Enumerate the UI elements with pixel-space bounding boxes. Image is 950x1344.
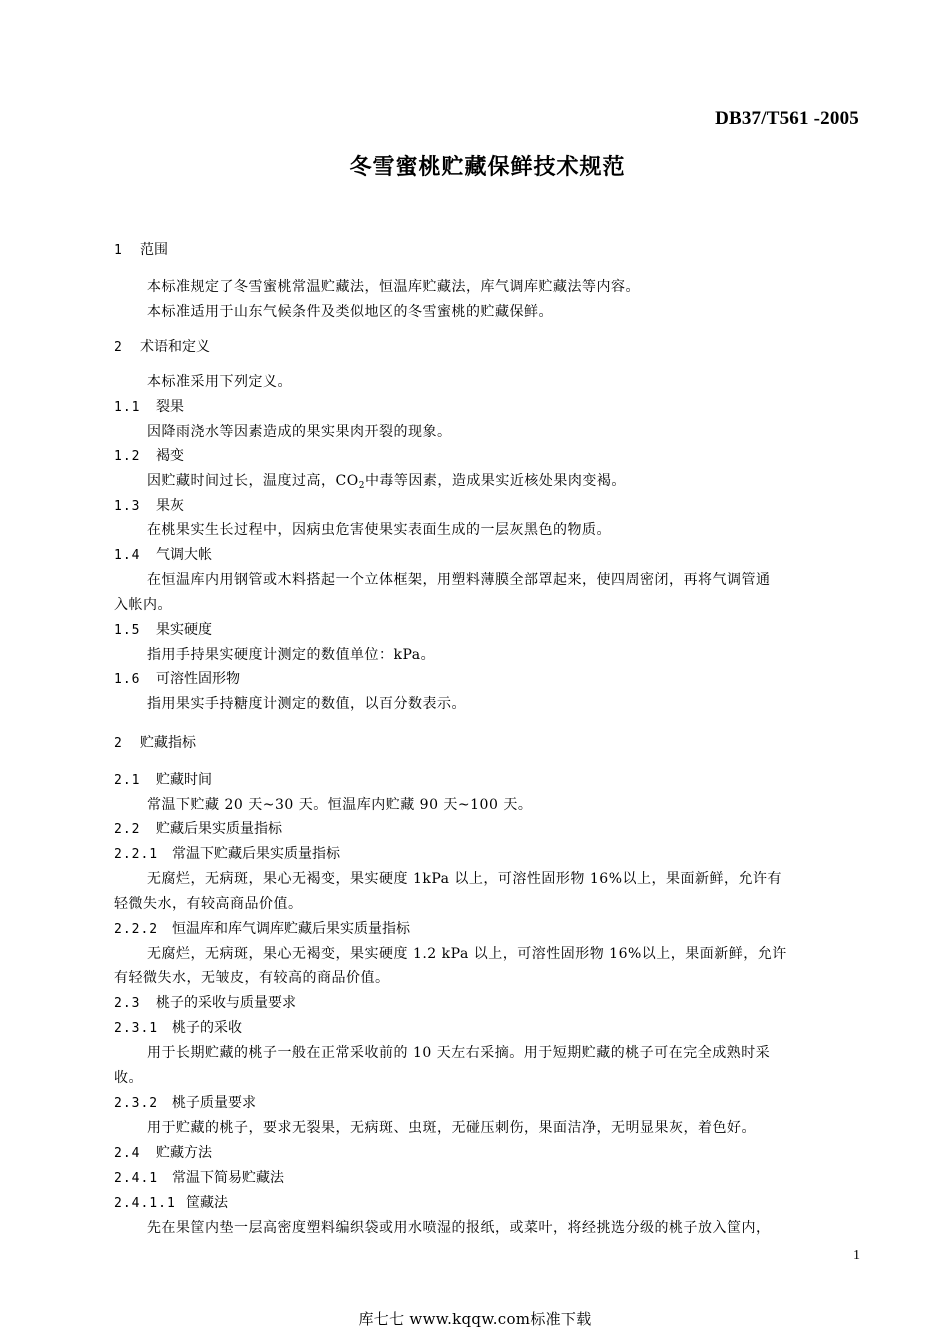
paragraph: 先在果筐内垫一层高密度塑料编织袋或用水喷湿的报纸，或菜叶，将经挑选分级的桃子放入…: [147, 1218, 771, 1238]
document-title: 冬雪蜜桃贮藏保鲜技术规范: [0, 150, 950, 181]
paragraph: 用于贮藏的桃子，要求无裂果，无病斑、虫斑，无碰压刺伤，果面洁净，无明显果灰，着色…: [147, 1118, 756, 1138]
subsection-heading: 2.2.1常温下贮藏后果实质量指标: [114, 844, 340, 865]
paragraph: 因降雨浇水等因素造成的果实果肉开裂的现象。: [147, 422, 452, 442]
paragraph-continuation: 入帐内。: [114, 595, 172, 615]
subsection-heading: 2.2.2恒温库和库气调库贮藏后果实质量指标: [114, 919, 410, 940]
paragraph-continuation: 轻微失水，有较高商品价值。: [114, 894, 303, 914]
subsection-heading: 2.4.1常温下简易贮藏法: [114, 1168, 284, 1189]
paragraph: 在桃果实生长过程中，因病虫危害使果实表面生成的一层灰黑色的物质。: [147, 520, 611, 540]
section-heading-storage-indicators: 2贮藏指标: [114, 733, 196, 754]
paragraph: 因贮藏时间过长，温度过高，CO2中毒等因素，造成果实近核处果肉变褐。: [147, 471, 626, 496]
section-heading-scope: 1范围: [114, 240, 168, 261]
term-heading: 1.5果实硬度: [114, 620, 212, 641]
document-page: DB37/T561 -2005 冬雪蜜桃贮藏保鲜技术规范 1范围 本标准规定了冬…: [0, 0, 950, 1344]
subsection-heading: 2.3.1桃子的采收: [114, 1018, 242, 1039]
paragraph-continuation: 有轻微失水，无皱皮，有较高的商品价值。: [114, 968, 390, 988]
paragraph: 在恒温库内用钢管或木料搭起一个立体框架，用塑料薄膜全部罩起来，使四周密闭，再将气…: [147, 570, 771, 590]
term-heading: 1.6可溶性固形物: [114, 669, 240, 690]
footer-watermark: 库七七 www.kqqw.com标准下载: [0, 1308, 950, 1329]
paragraph: 用于长期贮藏的桃子一般在正常采收前的 10 天左右采摘。用于短期贮藏的桃子可在完…: [147, 1043, 770, 1063]
paragraph: 无腐烂，无病斑，果心无褐变，果实硬度 1.2 kPa 以上，可溶性固形物 16%…: [147, 944, 787, 964]
paragraph-continuation: 收。: [114, 1068, 143, 1088]
term-heading: 1.1裂果: [114, 397, 184, 418]
subsection-heading: 2.2贮藏后果实质量指标: [114, 819, 282, 840]
subsection-heading: 2.4.1.1筐藏法: [114, 1193, 228, 1214]
subsection-heading: 2.3桃子的采收与质量要求: [114, 993, 296, 1014]
page-number: 1: [853, 1248, 860, 1264]
subsection-heading: 2.1贮藏时间: [114, 770, 212, 791]
term-heading: 1.3果灰: [114, 496, 184, 517]
subsection-heading: 2.3.2桃子质量要求: [114, 1093, 256, 1114]
paragraph: 指用果实手持糖度计测定的数值，以百分数表示。: [147, 694, 466, 714]
paragraph: 常温下贮藏 20 天~30 天。恒温库内贮藏 90 天~100 天。: [147, 795, 532, 815]
paragraph: 无腐烂，无病斑，果心无褐变，果实硬度 1kPa 以上，可溶性固形物 16%以上，…: [147, 869, 782, 889]
paragraph: 本标准采用下列定义。: [147, 372, 292, 392]
section-heading-terms: 2术语和定义: [114, 337, 210, 358]
paragraph: 本标准规定了冬雪蜜桃常温贮藏法，恒温库贮藏法，库气调库贮藏法等内容。: [147, 277, 640, 297]
term-heading: 1.4气调大帐: [114, 545, 212, 566]
paragraph: 本标准适用于山东气候条件及类似地区的冬雪蜜桃的贮藏保鲜。: [147, 302, 553, 322]
term-heading: 1.2褐变: [114, 446, 184, 467]
standard-code: DB37/T561 -2005: [715, 108, 859, 130]
paragraph: 指用手持果实硬度计测定的数值单位：kPa。: [147, 645, 435, 665]
subsection-heading: 2.4贮藏方法: [114, 1143, 212, 1164]
